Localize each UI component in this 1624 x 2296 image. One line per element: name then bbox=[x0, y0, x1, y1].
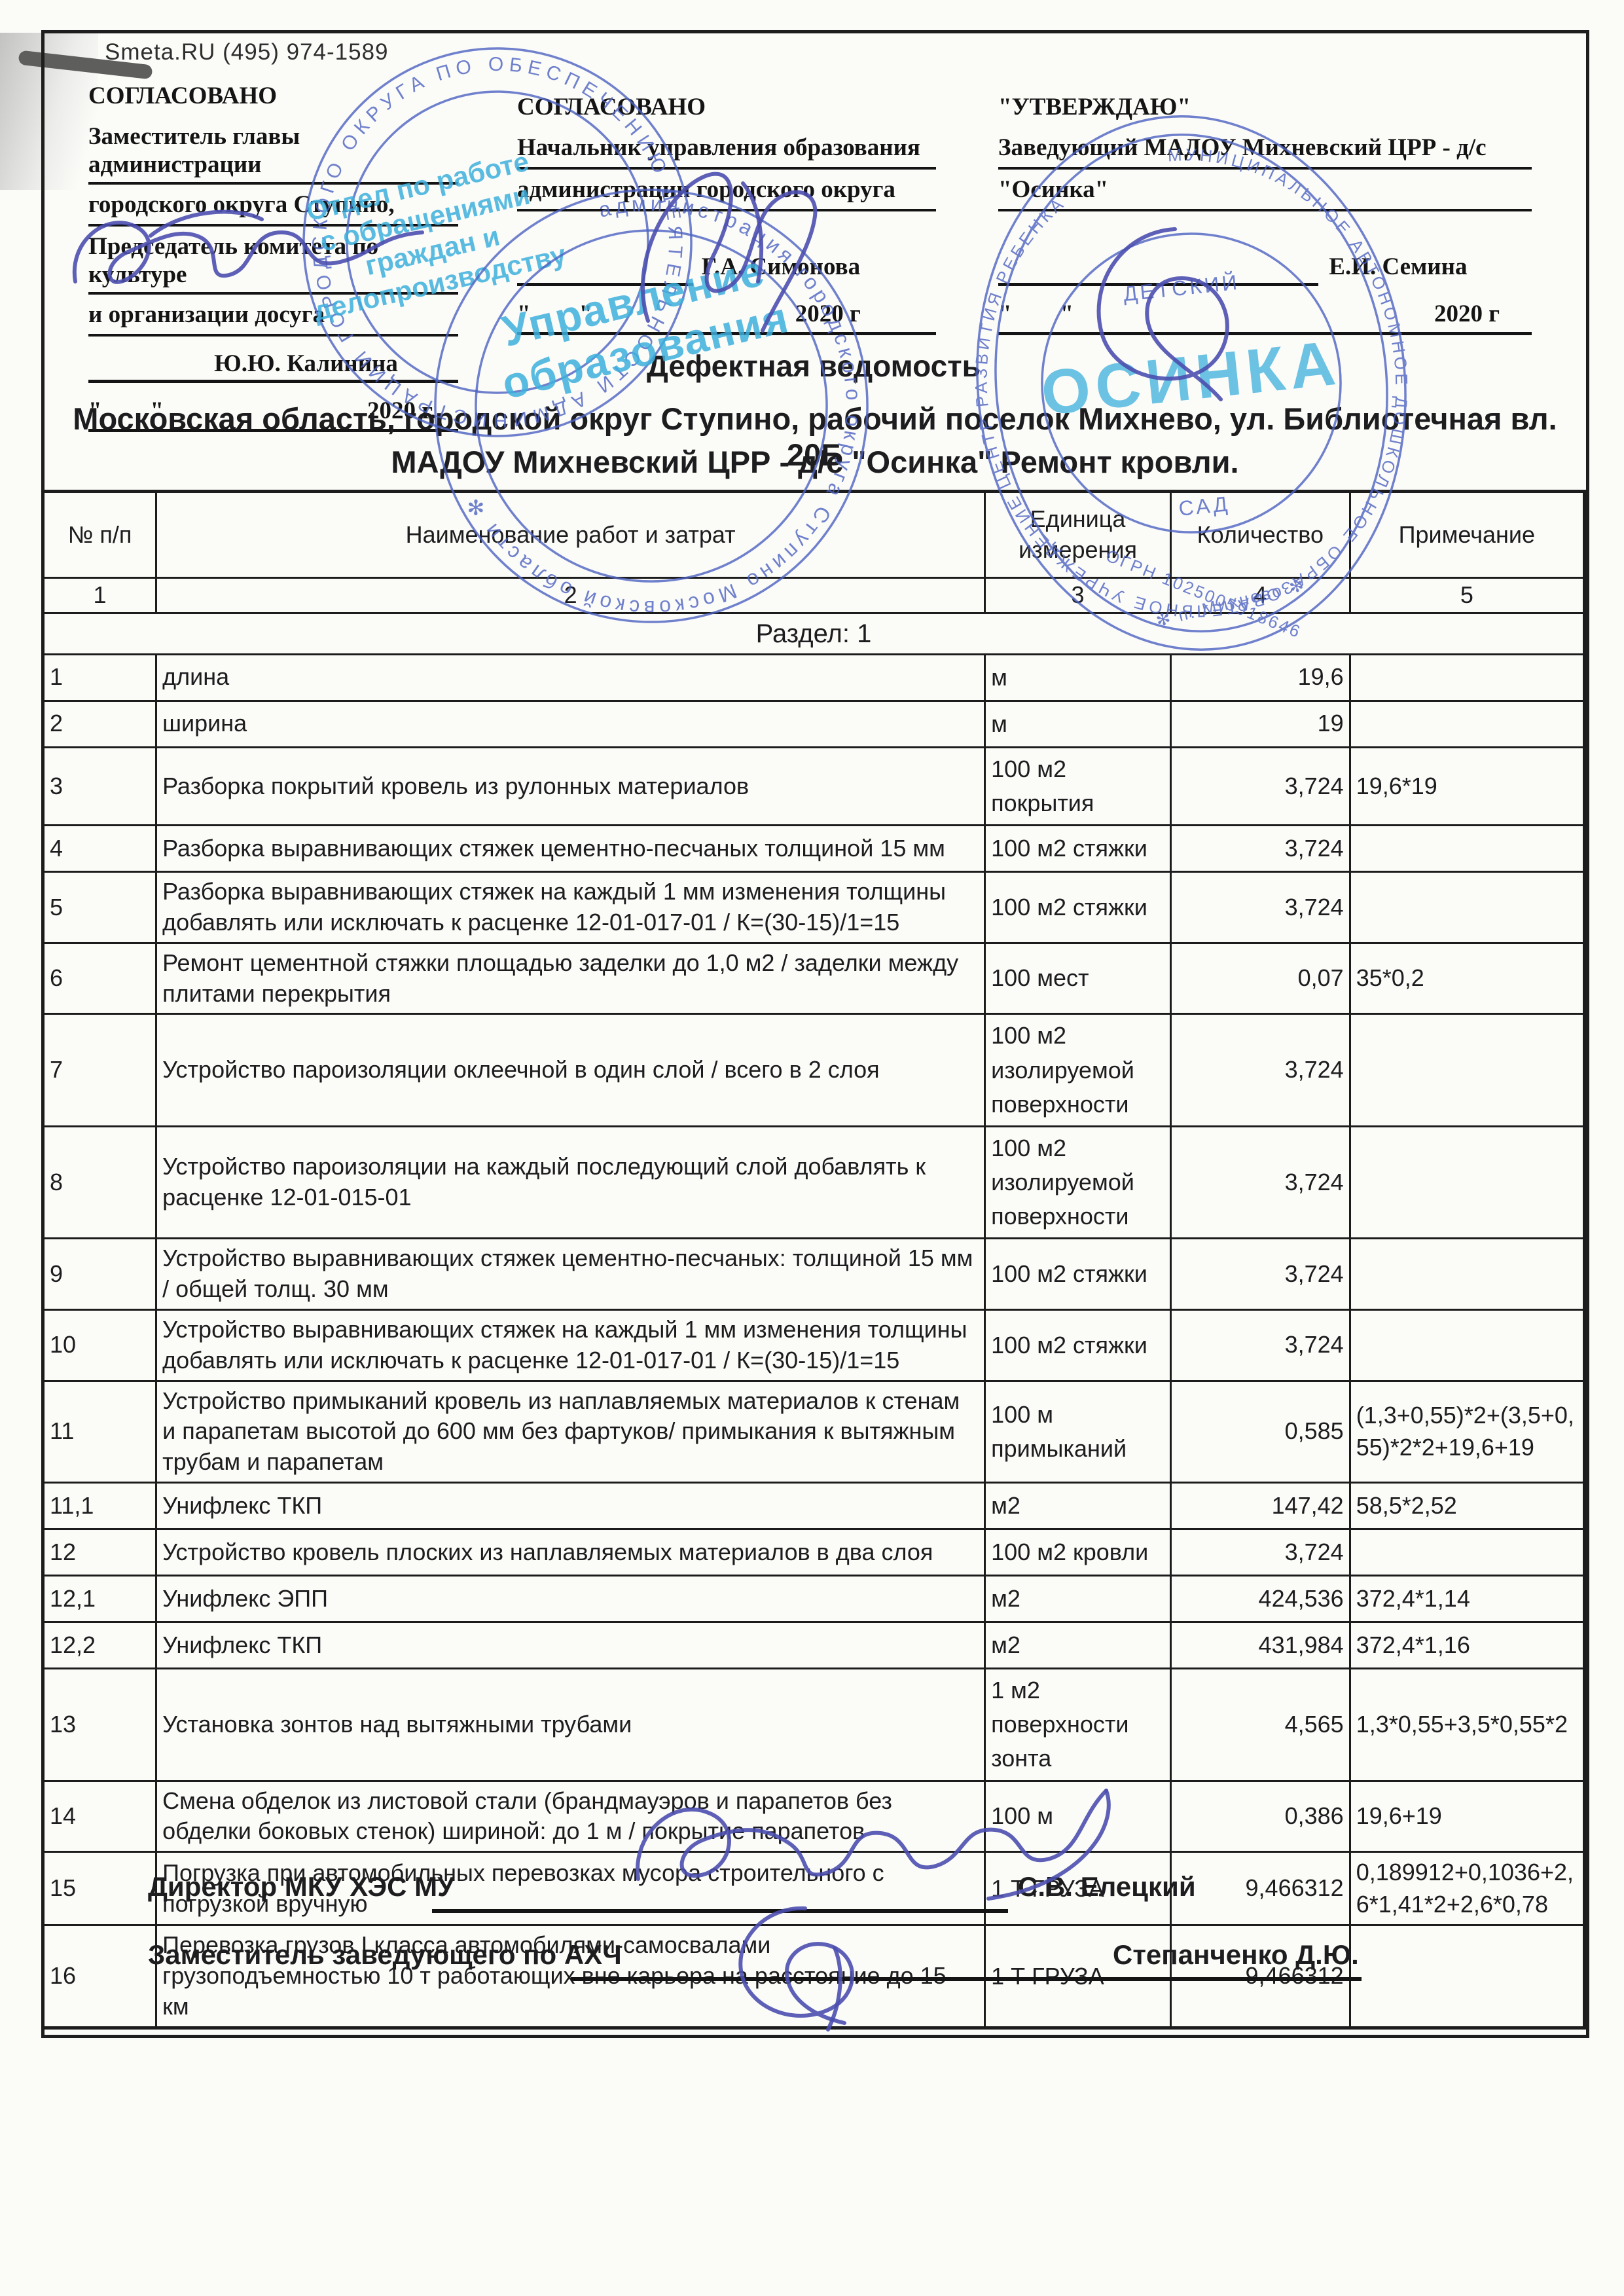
table-row: 7Устройство пароизоляции оклеечной в оди… bbox=[43, 1014, 1585, 1127]
cell-unit: м bbox=[985, 654, 1171, 701]
date-year: 2020 г bbox=[1434, 300, 1500, 328]
cell-unit: 100 м2 изолируемой поверхности bbox=[985, 1126, 1171, 1239]
cell-note bbox=[1350, 1239, 1584, 1310]
cell-qty: 19,6 bbox=[1170, 654, 1350, 701]
scanned-document-page: Smeta.RU (495) 974-1589 СОГЛАСОВАНО Заме… bbox=[0, 0, 1624, 2296]
director-name: С.В. Елецкий bbox=[1018, 1871, 1196, 1903]
cell-name: Унифлекс ТКП bbox=[156, 1622, 985, 1669]
cell-name: Устройство пароизоляции оклеечной в один… bbox=[156, 1014, 985, 1127]
cell-qty: 19 bbox=[1170, 701, 1350, 747]
approval-title: СОГЛАСОВАНО bbox=[517, 93, 936, 134]
signature-line: Е.И. Семина bbox=[998, 246, 1532, 286]
cell-name: Разборка выравнивающих стяжек цементно-п… bbox=[156, 826, 985, 872]
cell-num: 16 bbox=[43, 1925, 156, 2028]
cell-name: Устройство кровель плоских из наплавляем… bbox=[156, 1529, 985, 1576]
smeta-vendor-line: Smeta.RU (495) 974-1589 bbox=[105, 39, 389, 65]
approval-title: "УТВЕРЖДАЮ" bbox=[998, 93, 1532, 134]
table-row: 9Устройство выравнивающих стяжек цементн… bbox=[43, 1239, 1585, 1310]
cell-unit: 100 м2 покрытия bbox=[985, 747, 1171, 825]
deputy-signature-underline bbox=[571, 1977, 1362, 1981]
table-row: 12Устройство кровель плоских из наплавля… bbox=[43, 1529, 1585, 1576]
cell-note: 0,189912+0,1036+2,6*1,41*2+2,6*0,78 bbox=[1350, 1852, 1584, 1925]
column-header-num: № п/п bbox=[43, 492, 156, 578]
table-row: 5Разборка выравнивающих стяжек на каждый… bbox=[43, 872, 1585, 943]
cell-name: Смена обделок из листовой стали (брандма… bbox=[156, 1781, 985, 1852]
cell-name: Устройство выравнивающих стяжек цементно… bbox=[156, 1239, 985, 1310]
approval-lines: Заведующий МАДОУ Михневский ЦРР - д/с"Ос… bbox=[998, 134, 1532, 211]
cell-num: 12 bbox=[43, 1529, 156, 1576]
table-row: 4Разборка выравнивающих стяжек цементно-… bbox=[43, 826, 1585, 872]
approval-line: городского округа Ступино, bbox=[88, 191, 458, 227]
table-row: 1длинам19,6 bbox=[43, 654, 1585, 701]
column-number: 1 bbox=[43, 578, 156, 613]
cell-num: 12,1 bbox=[43, 1576, 156, 1622]
cell-name: Разборка покрытий кровель из рулонных ма… bbox=[156, 747, 985, 825]
director-label: Директор МКУ ХЭС МУ bbox=[148, 1871, 454, 1903]
cell-unit: 100 мест bbox=[985, 943, 1171, 1014]
column-header-name: Наименование работ и затрат bbox=[156, 492, 985, 578]
cell-qty: 3,724 bbox=[1170, 872, 1350, 943]
cell-qty: 0,386 bbox=[1170, 1781, 1350, 1852]
cell-qty: 3,724 bbox=[1170, 1014, 1350, 1127]
cell-qty: 0,585 bbox=[1170, 1381, 1350, 1482]
signatory-name: Г.А. Симонова bbox=[702, 253, 860, 281]
approval-line: "Осинка" bbox=[998, 175, 1532, 211]
cell-unit: 100 м примыканий bbox=[985, 1381, 1171, 1482]
cell-num: 11 bbox=[43, 1381, 156, 1482]
column-header-qty: Количество bbox=[1170, 492, 1350, 578]
cell-qty: 0,07 bbox=[1170, 943, 1350, 1014]
cell-name: Установка зонтов над вытяжными трубами bbox=[156, 1669, 985, 1781]
cell-num: 2 bbox=[43, 701, 156, 747]
cell-name: Унифлекс ТКП bbox=[156, 1483, 985, 1529]
table-row: 3Разборка покрытий кровель из рулонных м… bbox=[43, 747, 1585, 825]
cell-name: Устройство выравнивающих стяжек на кажды… bbox=[156, 1310, 985, 1381]
deputy-name: Степанченко Д.Ю. bbox=[1113, 1939, 1359, 1971]
approval-line: администрации городского округа bbox=[517, 175, 936, 211]
director-signature-underline bbox=[432, 1909, 1008, 1913]
table-row: 14Смена обделок из листовой стали (бранд… bbox=[43, 1781, 1585, 1852]
cell-unit: 1 м2 поверхности зонта bbox=[985, 1669, 1171, 1781]
column-header-unit: Единица измерения bbox=[985, 492, 1171, 578]
cell-note: 1,3*0,55+3,5*0,55*2 bbox=[1350, 1669, 1584, 1781]
cell-unit: 100 м2 изолируемой поверхности bbox=[985, 1014, 1171, 1127]
cell-unit: 100 м2 стяжки bbox=[985, 826, 1171, 872]
section-row: Раздел: 1 bbox=[43, 613, 1585, 654]
table-row: 10Устройство выравнивающих стяжек на каж… bbox=[43, 1310, 1585, 1381]
cell-name: Устройство пароизоляции на каждый послед… bbox=[156, 1126, 985, 1239]
cell-num: 3 bbox=[43, 747, 156, 825]
approval-line: Заведующий МАДОУ Михневский ЦРР - д/с bbox=[998, 134, 1532, 170]
table-row: 12,1Унифлекс ЭППм2424,536372,4*1,14 bbox=[43, 1576, 1585, 1622]
cell-note bbox=[1350, 826, 1584, 872]
cell-num: 9 bbox=[43, 1239, 156, 1310]
cell-qty: 3,724 bbox=[1170, 1239, 1350, 1310]
cell-name: Ремонт цементной стяжки площадью заделки… bbox=[156, 943, 985, 1014]
cell-unit: 100 м2 стяжки bbox=[985, 1239, 1171, 1310]
cell-note bbox=[1350, 701, 1584, 747]
column-number: 3 bbox=[985, 578, 1171, 613]
date-year: 2020 г bbox=[795, 300, 861, 328]
table-row: 13Установка зонтов над вытяжными трубами… bbox=[43, 1669, 1585, 1781]
cell-name: ширина bbox=[156, 701, 985, 747]
date-quotes: " " bbox=[517, 300, 592, 328]
column-number: 2 bbox=[156, 578, 985, 613]
cell-unit: 100 м bbox=[985, 1781, 1171, 1852]
cell-note bbox=[1350, 872, 1584, 943]
cell-qty: 431,984 bbox=[1170, 1622, 1350, 1669]
cell-unit: м2 bbox=[985, 1622, 1171, 1669]
object-name-line: МАДОУ Михневский ЦРР - д/с "Осинка" Ремо… bbox=[52, 444, 1578, 480]
column-number: 4 bbox=[1170, 578, 1350, 613]
approval-block-1: СОГЛАСОВАНО Начальник управления образов… bbox=[517, 93, 936, 335]
cell-qty: 3,724 bbox=[1170, 1310, 1350, 1381]
cell-qty: 3,724 bbox=[1170, 1529, 1350, 1576]
table-row: 12,2Унифлекс ТКПм2431,984372,4*1,16 bbox=[43, 1622, 1585, 1669]
table-row: 6Ремонт цементной стяжки площадью заделк… bbox=[43, 943, 1585, 1014]
cell-qty: 9,466312 bbox=[1170, 1852, 1350, 1925]
cell-unit: м2 bbox=[985, 1483, 1171, 1529]
cell-qty: 3,724 bbox=[1170, 747, 1350, 825]
cell-qty: 424,536 bbox=[1170, 1576, 1350, 1622]
signature-underline bbox=[998, 283, 1318, 286]
cell-note: 372,4*1,16 bbox=[1350, 1622, 1584, 1669]
cell-note bbox=[1350, 1310, 1584, 1381]
cell-num: 6 bbox=[43, 943, 156, 1014]
cell-num: 11,1 bbox=[43, 1483, 156, 1529]
cell-name: длина bbox=[156, 654, 985, 701]
cell-note: 35*0,2 bbox=[1350, 943, 1584, 1014]
cell-note: (1,3+0,55)*2+(3,5+0,55)*2*2+19,6+19 bbox=[1350, 1381, 1584, 1482]
approval-block-2: "УТВЕРЖДАЮ" Заведующий МАДОУ Михневский … bbox=[998, 93, 1532, 335]
cell-qty: 3,724 bbox=[1170, 826, 1350, 872]
cell-note bbox=[1350, 1126, 1584, 1239]
signature-line: Г.А. Симонова bbox=[517, 246, 936, 286]
date-quotes: " " bbox=[998, 300, 1074, 328]
defect-table: № п/п Наименование работ и затрат Единиц… bbox=[41, 490, 1586, 2030]
cell-num: 4 bbox=[43, 826, 156, 872]
cell-unit: 100 м2 стяжки bbox=[985, 1310, 1171, 1381]
approval-line: Заместитель главы администрации bbox=[88, 122, 458, 185]
cell-note: 19,6+19 bbox=[1350, 1781, 1584, 1852]
cell-note bbox=[1350, 654, 1584, 701]
deputy-label: Заместитель заведующего по АХЧ bbox=[148, 1939, 622, 1971]
document-title: Дефектная ведомость bbox=[41, 348, 1586, 384]
column-number-row: 1 2 3 4 5 bbox=[43, 578, 1585, 613]
approval-line: и организации досуга bbox=[88, 301, 458, 337]
column-number: 5 bbox=[1350, 578, 1584, 613]
cell-qty: 3,724 bbox=[1170, 1126, 1350, 1239]
cell-qty: 147,42 bbox=[1170, 1483, 1350, 1529]
signatory-name: Е.И. Семина bbox=[1329, 253, 1467, 281]
cell-num: 14 bbox=[43, 1781, 156, 1852]
approval-lines: Заместитель главы администрациигородског… bbox=[88, 122, 458, 337]
column-header-note: Примечание bbox=[1350, 492, 1584, 578]
cell-unit: м bbox=[985, 701, 1171, 747]
cell-num: 5 bbox=[43, 872, 156, 943]
cell-note: 372,4*1,14 bbox=[1350, 1576, 1584, 1622]
cell-num: 15 bbox=[43, 1852, 156, 1925]
approval-lines: Начальник управления образованияадминист… bbox=[517, 134, 936, 211]
table-header-row: № п/п Наименование работ и затрат Единиц… bbox=[43, 492, 1585, 578]
cell-note bbox=[1350, 1529, 1584, 1576]
cell-note bbox=[1350, 1925, 1584, 2028]
cell-unit: 100 м2 стяжки bbox=[985, 872, 1171, 943]
cell-note bbox=[1350, 1014, 1584, 1127]
date-line: " " 2020 г bbox=[517, 290, 936, 335]
cell-num: 8 bbox=[43, 1126, 156, 1239]
cell-name: Разборка выравнивающих стяжек на каждый … bbox=[156, 872, 985, 943]
approval-line: Начальник управления образования bbox=[517, 134, 936, 170]
date-line: " " 2020 г bbox=[998, 290, 1532, 335]
cell-num: 10 bbox=[43, 1310, 156, 1381]
approval-title: СОГЛАСОВАНО bbox=[88, 82, 458, 122]
table-row: 2ширинам19 bbox=[43, 701, 1585, 747]
table-row: 11,1Унифлекс ТКПм2147,4258,5*2,52 bbox=[43, 1483, 1585, 1529]
cell-num: 13 bbox=[43, 1669, 156, 1781]
cell-qty: 4,565 bbox=[1170, 1669, 1350, 1781]
cell-note: 19,6*19 bbox=[1350, 747, 1584, 825]
signature-underline bbox=[517, 283, 693, 286]
section-label: Раздел: 1 bbox=[43, 613, 1585, 654]
cell-name: Устройство примыканий кровель из наплавл… bbox=[156, 1381, 985, 1482]
cell-num: 1 bbox=[43, 654, 156, 701]
cell-unit: 100 м2 кровли bbox=[985, 1529, 1171, 1576]
table-row: 8Устройство пароизоляции на каждый после… bbox=[43, 1126, 1585, 1239]
approval-line: Председатель комитета по культуре bbox=[88, 232, 458, 295]
table-row: 11Устройство примыканий кровель из напла… bbox=[43, 1381, 1585, 1482]
cell-unit: м2 bbox=[985, 1576, 1171, 1622]
cell-name: Унифлекс ЭПП bbox=[156, 1576, 985, 1622]
cell-note: 58,5*2,52 bbox=[1350, 1483, 1584, 1529]
cell-num: 12,2 bbox=[43, 1622, 156, 1669]
cell-num: 7 bbox=[43, 1014, 156, 1127]
